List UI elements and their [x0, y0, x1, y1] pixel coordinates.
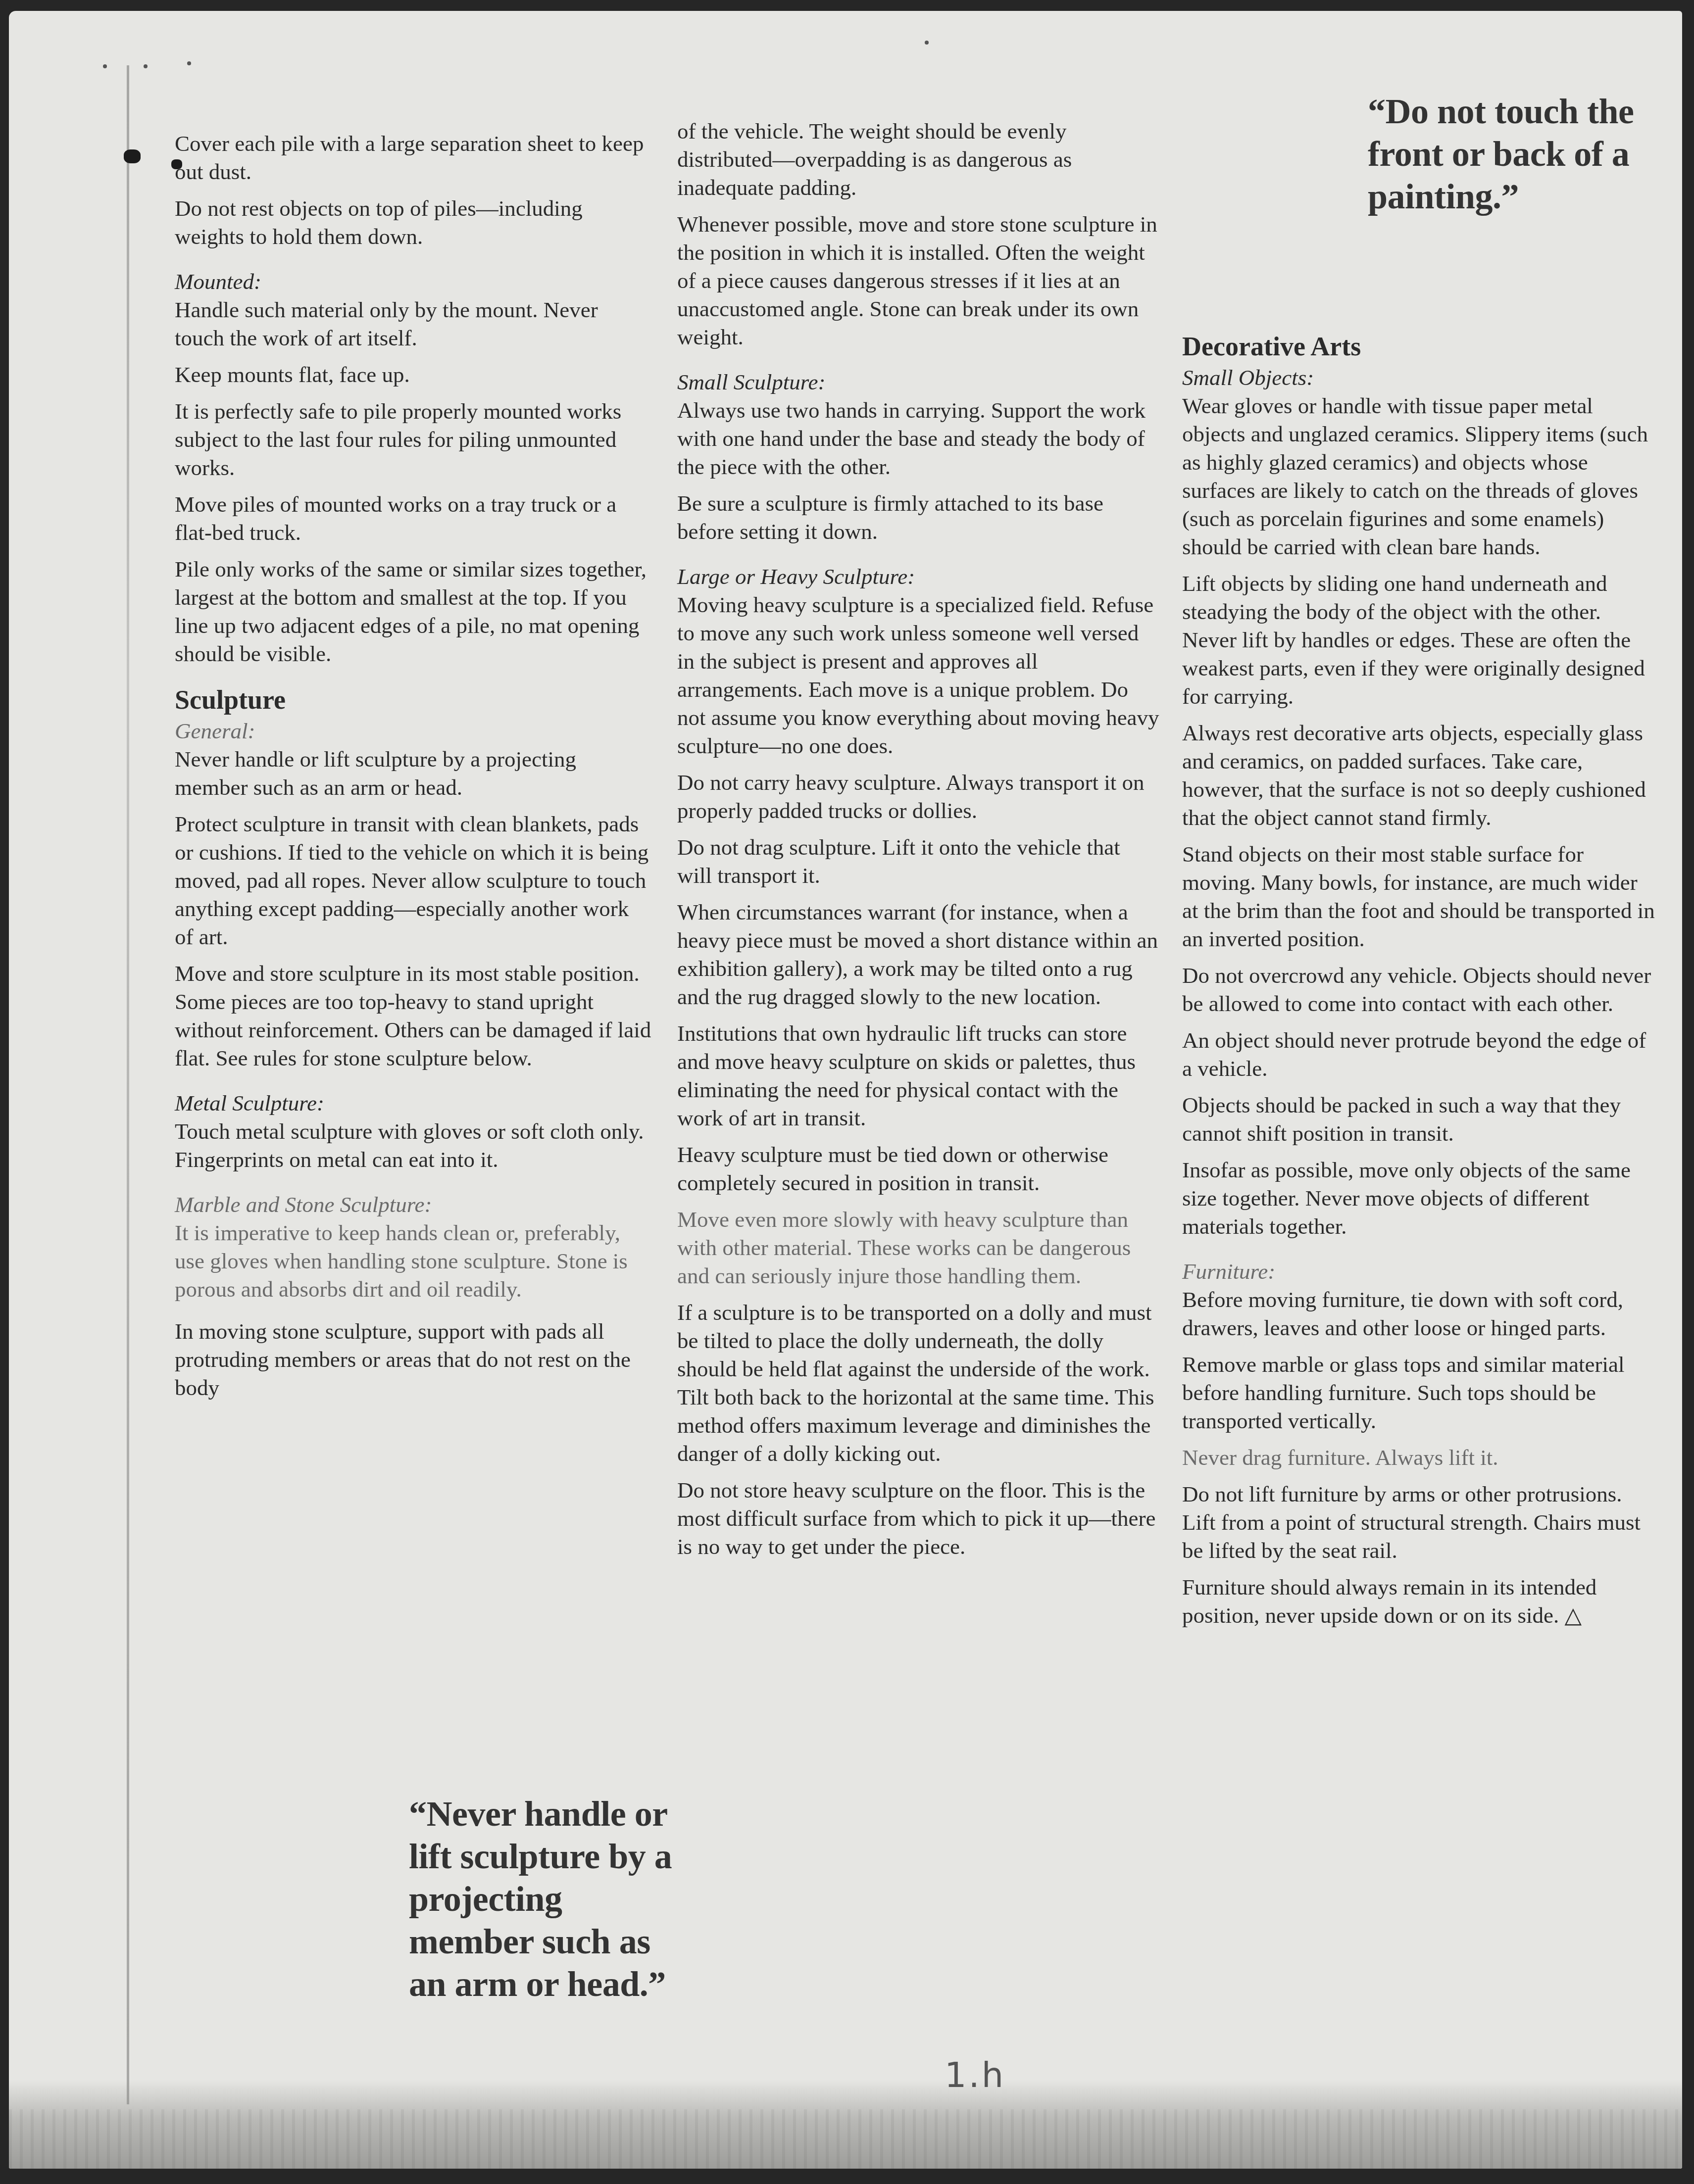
paragraph: In moving stone sculpture, support with …	[175, 1317, 652, 1402]
paragraph: Insofar as possible, move only objects o…	[1182, 1156, 1657, 1241]
paragraph: Whenever possible, move and store stone …	[677, 210, 1160, 351]
paragraph: Be sure a sculpture is firmly attached t…	[677, 489, 1160, 546]
paragraph: Do not lift furniture by arms or other p…	[1182, 1480, 1657, 1565]
paragraph: Always rest decorative arts objects, esp…	[1182, 719, 1657, 832]
subheading-small-objects: Small Objects:	[1182, 364, 1657, 392]
paragraph: Never handle or lift sculpture by a proj…	[175, 745, 652, 802]
paragraph: of the vehicle. The weight should be eve…	[677, 117, 1160, 202]
paragraph: Keep mounts flat, face up.	[175, 361, 652, 389]
paragraph: Moving heavy sculpture is a specialized …	[677, 591, 1160, 760]
paragraph: Do not overcrowd any vehicle. Objects sh…	[1182, 962, 1657, 1018]
subheading-large-heavy-sculpture: Large or Heavy Sculpture:	[677, 563, 1160, 591]
column-1: Cover each pile with a large separation …	[175, 130, 652, 1410]
paragraph: Stand objects on their most stable surfa…	[1182, 840, 1657, 953]
paragraph: Touch metal sculpture with gloves or sof…	[175, 1117, 652, 1174]
paragraph: Pile only works of the same or similar s…	[175, 555, 652, 668]
paragraph: Before moving furniture, tie down with s…	[1182, 1286, 1657, 1342]
paragraph: Cover each pile with a large separation …	[175, 130, 652, 186]
paragraph: Institutions that own hydraulic lift tru…	[677, 1019, 1160, 1132]
speck	[925, 41, 929, 45]
pull-quote-painting: “Do not touch the front or back of a pai…	[1368, 90, 1645, 218]
subheading-marble-stone: Marble and Stone Sculpture:	[175, 1191, 652, 1219]
paragraph: Do not store heavy sculpture on the floo…	[677, 1476, 1160, 1561]
paragraph: If a sculpture is to be transported on a…	[677, 1299, 1160, 1468]
column-2: of the vehicle. The weight should be eve…	[677, 117, 1160, 1569]
paragraph: Wear gloves or handle with tissue paper …	[1182, 392, 1657, 561]
subheading-metal-sculpture: Metal Sculpture:	[175, 1089, 652, 1117]
paragraph: Do not drag sculpture. Lift it onto the …	[677, 833, 1160, 890]
paragraph: Always use two hands in carrying. Suppor…	[677, 396, 1160, 481]
paragraph: When circumstances warrant (for instance…	[677, 898, 1160, 1011]
speck	[187, 61, 191, 65]
column-3: Decorative Arts Small Objects: Wear glov…	[1182, 333, 1657, 1638]
subheading-small-sculpture: Small Sculpture:	[677, 368, 1160, 396]
paragraph: Handle such material only by the mount. …	[175, 296, 652, 352]
heading-sculpture: Sculpture	[175, 686, 652, 714]
subheading-general: General:	[175, 717, 652, 745]
paragraph: Furniture should always remain in its in…	[1182, 1573, 1657, 1630]
ink-blot	[124, 149, 141, 163]
scanned-page: Cover each pile with a large separation …	[9, 11, 1682, 2169]
subheading-mounted: Mounted:	[175, 268, 652, 296]
paragraph: Never drag furniture. Always lift it.	[1182, 1444, 1657, 1472]
paragraph: Objects should be packed in such a way t…	[1182, 1091, 1657, 1148]
speck	[103, 64, 107, 68]
pull-quote-sculpture: “Never handle or lift sculpture by a pro…	[409, 1793, 686, 2005]
paragraph: Do not rest objects on top of piles—incl…	[175, 194, 652, 251]
fold-line	[127, 65, 129, 2104]
paragraph: Do not carry heavy sculpture. Always tra…	[677, 769, 1160, 825]
paragraph: Lift objects by sliding one hand underne…	[1182, 570, 1657, 711]
paragraph: Remove marble or glass tops and similar …	[1182, 1351, 1657, 1435]
paragraph: Protect sculpture in transit with clean …	[175, 810, 652, 951]
paragraph: Move and store sculpture in its most sta…	[175, 960, 652, 1072]
paragraph: Move piles of mounted works on a tray tr…	[175, 490, 652, 547]
subheading-furniture: Furniture:	[1182, 1258, 1657, 1286]
speck	[144, 64, 148, 68]
handwritten-page-mark: 1.h	[945, 2055, 1005, 2095]
paragraph: Heavy sculpture must be tied down or oth…	[677, 1141, 1160, 1197]
paragraph: An object should never protrude beyond t…	[1182, 1026, 1657, 1083]
paragraph: It is imperative to keep hands clean or,…	[175, 1219, 652, 1304]
paragraph: Move even more slowly with heavy sculptu…	[677, 1206, 1160, 1290]
paragraph: It is perfectly safe to pile properly mo…	[175, 397, 652, 482]
heading-decorative-arts: Decorative Arts	[1182, 333, 1657, 361]
